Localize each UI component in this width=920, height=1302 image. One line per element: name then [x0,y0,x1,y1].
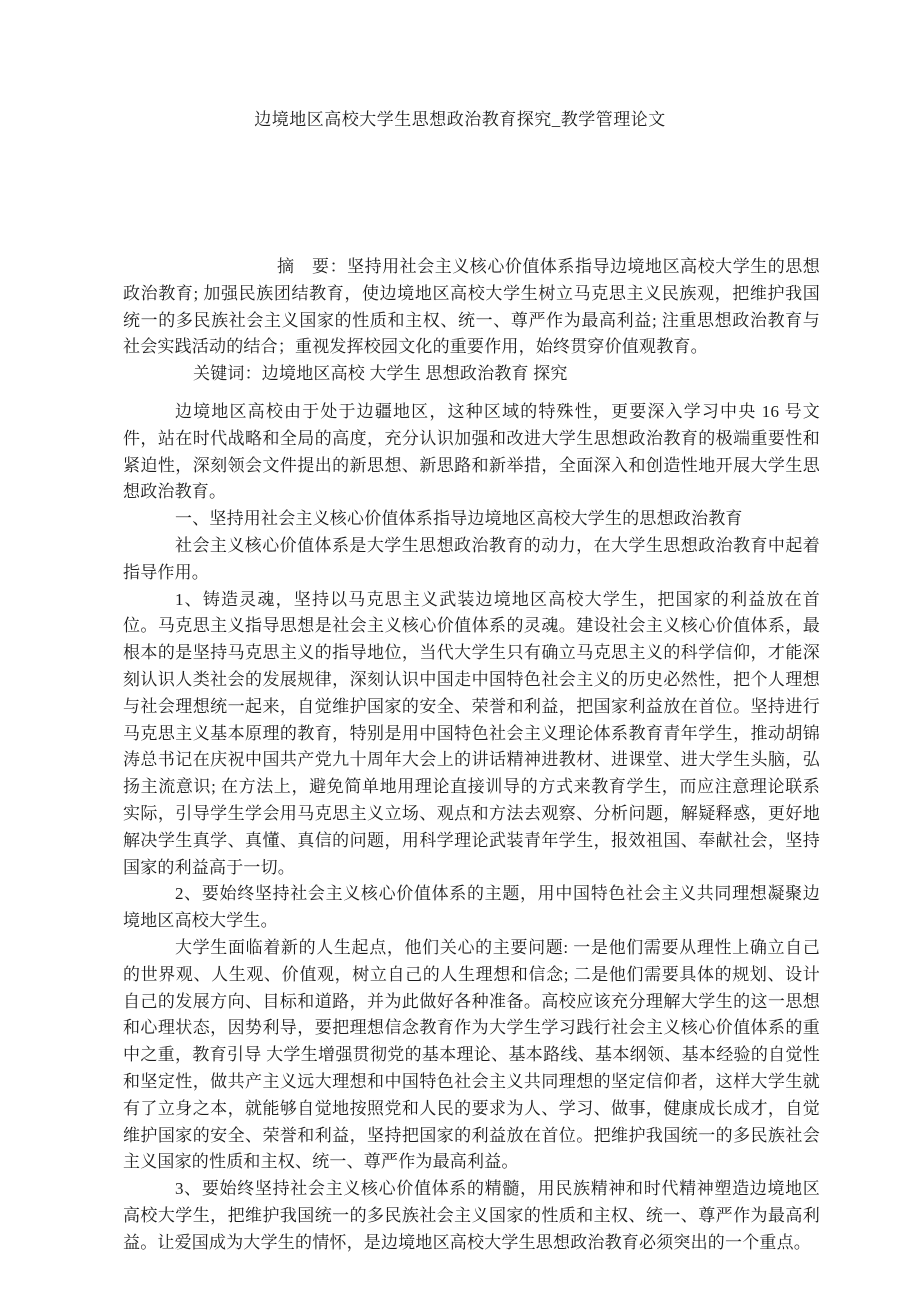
point-2-heading-paragraph: 2、要始终坚持社会主义核心价值体系的主题，用中国特色社会主义共同理想凝聚边境地区… [123,881,820,935]
point-1-paragraph: 1、铸造灵魂，坚持以马克思主义武装边境地区高校大学生，把国家的利益放在首位。马克… [123,587,820,882]
keywords-line: 关键词：边境地区高校 大学生 思想政治教育 探究 [123,361,820,388]
document-page: 边境地区高校大学生思想政治教育探究_教学管理论文 摘 要：坚持用社会主义核心价值… [0,0,920,1302]
document-title: 边境地区高校大学生思想政治教育探究_教学管理论文 [0,108,920,132]
document-body: 摘 要：坚持用社会主义核心价值体系指导边境地区高校大学生的思想政治教育; 加强民… [123,254,820,1256]
section-lead-paragraph: 社会主义核心价值体系是大学生思想政治教育的动力，在大学生思想政治教育中起着指导作… [123,533,820,587]
point-2-body-paragraph: 大学生面临着新的人生起点，他们关心的主要问题: 一是他们需要从理性上确立自己的世… [123,935,820,1176]
section-heading-1: 一、坚持用社会主义核心价值体系指导边境地区高校大学生的思想政治教育 [123,506,820,533]
abstract-paragraph: 摘 要：坚持用社会主义核心价值体系指导边境地区高校大学生的思想政治教育; 加强民… [123,254,820,361]
point-3-paragraph: 3、要始终坚持社会主义核心价值体系的精髓，用民族精神和时代精神塑造边境地区高校大… [123,1176,820,1256]
intro-paragraph: 边境地区高校由于处于边疆地区，这种区域的特殊性，更要深入学习中央 16 号文件，… [123,399,820,506]
